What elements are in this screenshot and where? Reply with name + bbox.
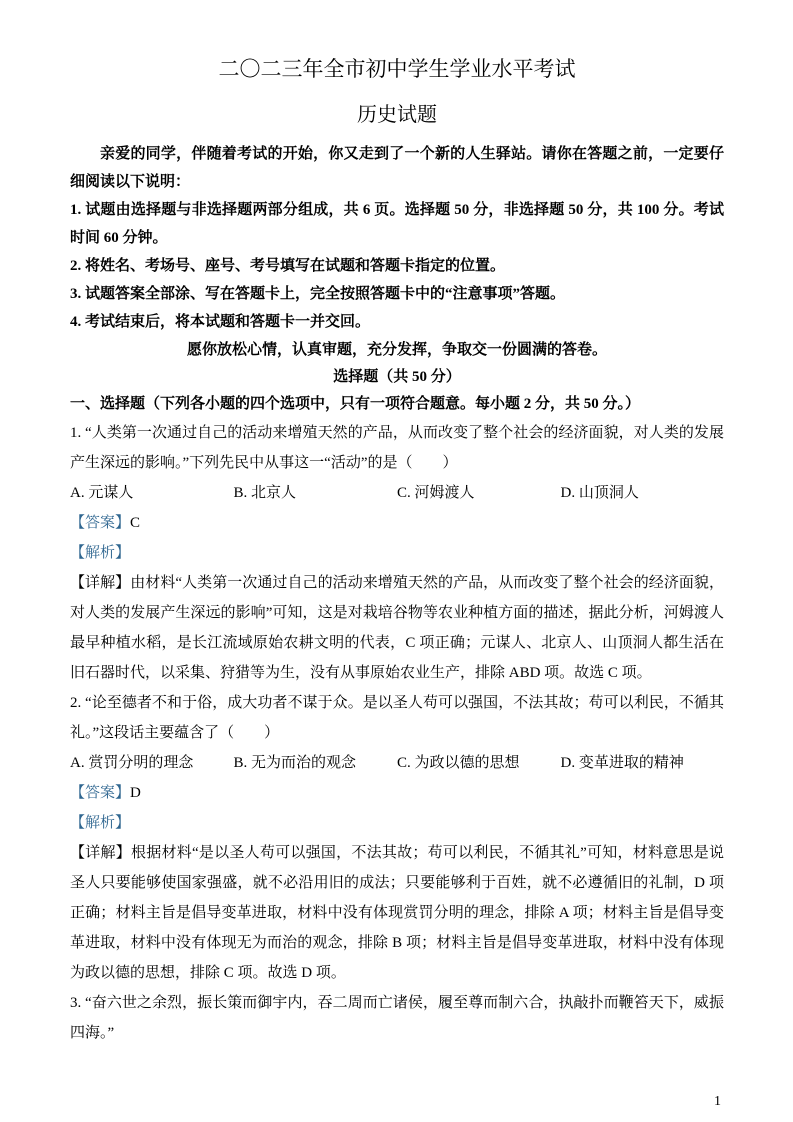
answer-label: 【答案】 (70, 785, 130, 801)
question-1-answer-line: 【答案】C (70, 508, 724, 538)
answer-value: C (130, 515, 140, 531)
answer-label: 【答案】 (70, 515, 130, 531)
question-1-options: A. 元谋人 B. 北京人 C. 河姆渡人 D. 山顶洞人 (70, 478, 724, 508)
question-2: 2. “论至德者不和于俗，成大功者不谋于众。是以圣人苟可以强国，不法其故；苟可以… (70, 688, 724, 988)
question-2-option-d: D. 变革进取的精神 (561, 748, 725, 778)
notice-item-2: 2. 将姓名、考场号、座号、考号填写在试题和答题卡指定的位置。 (70, 252, 724, 280)
question-3-stem: 3. “奋六世之余烈，振长策而御宇内，吞二周而亡诸侯，履至尊而制六合，执敲扑而鞭… (70, 988, 724, 1048)
exam-subject-title: 历史试题 (70, 100, 724, 130)
question-1-option-b: B. 北京人 (234, 478, 398, 508)
question-2-detail: 【详解】根据材料“是以圣人苟可以强国，不法其故；苟可以利民，不循其礼”可知，材料… (70, 838, 724, 988)
question-1-analysis-label: 【解析】 (70, 538, 724, 568)
question-1: 1. “人类第一次通过自己的活动来增殖天然的产品，从而改变了整个社会的经济面貌，… (70, 418, 724, 688)
question-1-option-a: A. 元谋人 (70, 478, 234, 508)
question-2-option-c: C. 为政以德的思想 (397, 748, 561, 778)
notice-item-4: 4. 考试结束后，将本试题和答题卡一并交回。 (70, 308, 724, 336)
question-3: 3. “奋六世之余烈，振长策而御宇内，吞二周而亡诸侯，履至尊而制六合，执敲扑而鞭… (70, 988, 724, 1048)
notice-wish: 愿你放松心情，认真审题，充分发挥，争取交一份圆满的答卷。 (70, 336, 724, 364)
question-2-options: A. 赏罚分明的理念 B. 无为而治的观念 C. 为政以德的思想 D. 变革进取… (70, 748, 724, 778)
question-2-option-b: B. 无为而治的观念 (234, 748, 398, 778)
question-2-answer-line: 【答案】D (70, 778, 724, 808)
notice-item-1: 1. 试题由选择题与非选择题两部分组成，共 6 页。选择题 50 分，非选择题 … (70, 196, 724, 252)
notice-intro: 亲爱的同学，伴随着考试的开始，你又走到了一个新的人生驿站。请你在答题之前，一定要… (70, 140, 724, 196)
question-1-detail: 【详解】由材料“人类第一次通过自己的活动来增殖天然的产品，从而改变了整个社会的经… (70, 568, 724, 688)
question-2-analysis-label: 【解析】 (70, 808, 724, 838)
question-1-option-d: D. 山顶洞人 (561, 478, 725, 508)
page-number: 1 (714, 1094, 721, 1110)
exam-paper-page: 二〇二三年全市初中学生学业水平考试 历史试题 亲爱的同学，伴随着考试的开始，你又… (0, 0, 793, 1122)
question-2-option-a: A. 赏罚分明的理念 (70, 748, 234, 778)
question-1-option-c: C. 河姆渡人 (397, 478, 561, 508)
notice-item-3: 3. 试题答案全部涂、写在答题卡上，完全按照答题卡中的“注意事项”答题。 (70, 280, 724, 308)
exam-title: 二〇二三年全市初中学生学业水平考试 (70, 54, 724, 84)
section-header: 选择题（共 50 分） (70, 364, 724, 391)
section-subheader: 一、选择题（下列各小题的四个选项中，只有一项符合题意。每小题 2 分，共 50 … (70, 391, 724, 418)
answer-value: D (130, 785, 141, 801)
question-2-stem: 2. “论至德者不和于俗，成大功者不谋于众。是以圣人苟可以强国，不法其故；苟可以… (70, 688, 724, 748)
question-1-stem: 1. “人类第一次通过自己的活动来增殖天然的产品，从而改变了整个社会的经济面貌，… (70, 418, 724, 478)
exam-notice: 亲爱的同学，伴随着考试的开始，你又走到了一个新的人生驿站。请你在答题之前，一定要… (70, 140, 724, 364)
